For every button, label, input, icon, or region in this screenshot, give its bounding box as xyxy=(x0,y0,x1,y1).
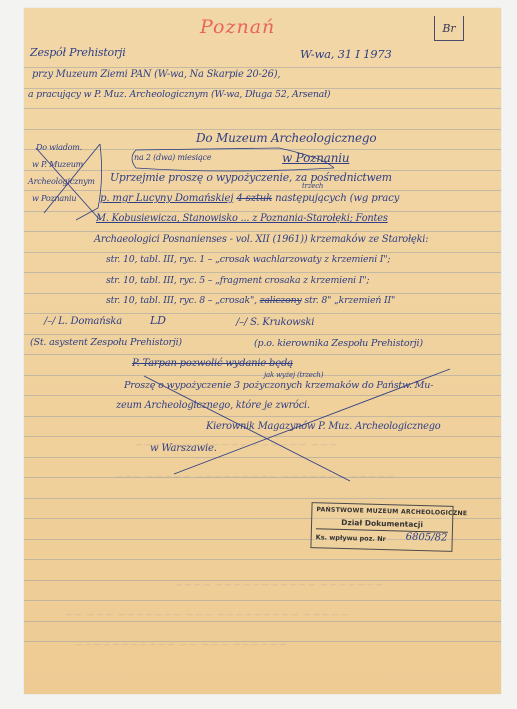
crossed-line-3: Kierownik Magazynów P. Muz. Archeologicz… xyxy=(206,422,440,432)
item-1: str. 10, tabl. III, ryc. 1 – „crosak wac… xyxy=(106,255,390,264)
sender-line-1: Zespół Prehistorji xyxy=(30,47,126,58)
ruled-line xyxy=(24,334,501,335)
crossed-insert: jak wyżej (trzech) xyxy=(264,372,323,379)
ruled-line xyxy=(24,272,501,273)
ruled-line xyxy=(24,67,501,68)
item-2: str. 10, tabl. III, ryc. 5 – „fragment c… xyxy=(106,276,369,285)
document-date: W-wa, 31 I 1973 xyxy=(300,49,392,61)
body-line-2-rest: następujących (wg pracy xyxy=(275,193,399,204)
item-3-text: str. 10, tabl. III, ryc. 8 – „crosak", xyxy=(106,295,260,306)
ruled-line xyxy=(24,416,501,417)
stamp-institution: PAŃSTWOWE MUZEUM ARCHEOLOGICZNE xyxy=(316,506,467,517)
ruled-line xyxy=(24,293,501,294)
box-mark-text: Br xyxy=(442,22,455,35)
item-3-struck: zaliczony xyxy=(260,295,302,306)
bleed-through-text: ~~~~~ ~~~~~~~ ~~~~~~~~~ ~~~~~ ~~~ xyxy=(114,470,395,483)
body-line-2: p. mgr Lucyny Domańskiej 4 sztuk następu… xyxy=(100,194,399,204)
signature-left-name: /–/ L. Domańska xyxy=(44,317,122,327)
stamp-register-number: 6805/82 xyxy=(406,532,448,544)
ruled-line xyxy=(24,313,501,314)
item-3: str. 10, tabl. III, ryc. 8 – „crosak", z… xyxy=(106,296,395,305)
ruled-line xyxy=(24,354,501,355)
item-3-rest: str. 8" „krzemień II" xyxy=(304,295,395,306)
ruled-line xyxy=(24,149,501,150)
ruled-line xyxy=(24,395,501,396)
ruled-line xyxy=(24,375,501,376)
bleed-through-text: ~~~~~~ ~~~ ~~ ~~~~~~~~~~~ xyxy=(74,638,287,651)
ruled-line xyxy=(24,211,501,212)
side-note-line: Do wiadom. xyxy=(36,144,82,152)
side-note-line: w P. Muzeum xyxy=(32,161,83,169)
ruled-line xyxy=(24,190,501,191)
sender-line-2: przy Muzeum Ziemi PAN (W-wa, Na Skarpie … xyxy=(32,70,280,80)
crossed-line-4: w Warszawie. xyxy=(150,444,217,454)
body-line-4: Archaeologici Posnanienses - vol. XII (1… xyxy=(94,235,428,245)
addressee-line-2: w Poznaniu xyxy=(282,152,349,164)
ruled-line xyxy=(24,108,501,109)
signature-right-title: (p.o. kierownika Zespołu Prehistorji) xyxy=(254,339,423,349)
side-note-line: Archeologicznym xyxy=(28,178,95,186)
inserted-quantity: trzech xyxy=(302,183,323,190)
stamp-register-label: Ks. wpływu poz. Nr xyxy=(316,533,386,543)
box-mark: Br xyxy=(434,16,464,41)
signature-left-title: (St. asystent Zespołu Prehistorji) xyxy=(30,338,182,348)
addressee-line-1: Do Muzeum Archeologicznego xyxy=(196,132,376,144)
pen-strokes xyxy=(24,8,501,694)
sender-line-3: a pracujący w P. Muz. Archeologicznym (W… xyxy=(28,90,330,99)
bleed-through-text: ~~~~~~~ ~~~~~~~~~~~ ~~~~ xyxy=(174,578,384,591)
loan-duration-note: na 2 (dwa) miesiące xyxy=(134,154,211,162)
ruled-line xyxy=(24,231,501,232)
signature-left-initials: LD xyxy=(150,315,166,326)
bleed-through-text: ~~~~~ ~~~~~~~~~ ~~~ ~~~~~~~ ~~~ ~~ xyxy=(64,608,349,621)
body-line-1: Uprzejmie proszę o wypożyczenie, za pośr… xyxy=(110,173,392,184)
archive-stamp: PAŃSTWOWE MUZEUM ARCHEOLOGICZNE Dział Do… xyxy=(310,502,453,552)
ruled-line xyxy=(24,129,501,130)
ruled-line xyxy=(24,252,501,253)
struck-quantity: 4 sztuk xyxy=(236,193,272,204)
signature-right-name: /–/ S. Krukowski xyxy=(236,318,314,328)
crossed-line-1: Proszę o wypożyczenie 3 pożyczonych krze… xyxy=(124,381,433,391)
ruled-line xyxy=(24,498,501,499)
side-note-line: w Poznaniu xyxy=(32,195,76,203)
ruled-line xyxy=(24,457,501,458)
ruled-line xyxy=(24,600,501,601)
document-page: ~~~ ~~~~~~ ~~~~~~~ ~~~~~ ~~~~~ ~~~~~~~ ~… xyxy=(24,8,501,694)
struck-line: P. Tarpan pozwolić wydanie będą xyxy=(132,359,293,369)
ruled-line xyxy=(24,621,501,622)
courier-name: p. mgr Lucyny Domańskiej xyxy=(100,193,233,204)
ruled-line xyxy=(24,559,501,560)
ruled-line xyxy=(24,436,501,437)
body-line-3: M. Kobusiewicza, Stanowisko ... z Poznan… xyxy=(96,214,388,224)
header-city-red: Poznań xyxy=(200,18,275,37)
crossed-line-2: zeum Archeologicznego, które je zwróci. xyxy=(116,401,310,411)
